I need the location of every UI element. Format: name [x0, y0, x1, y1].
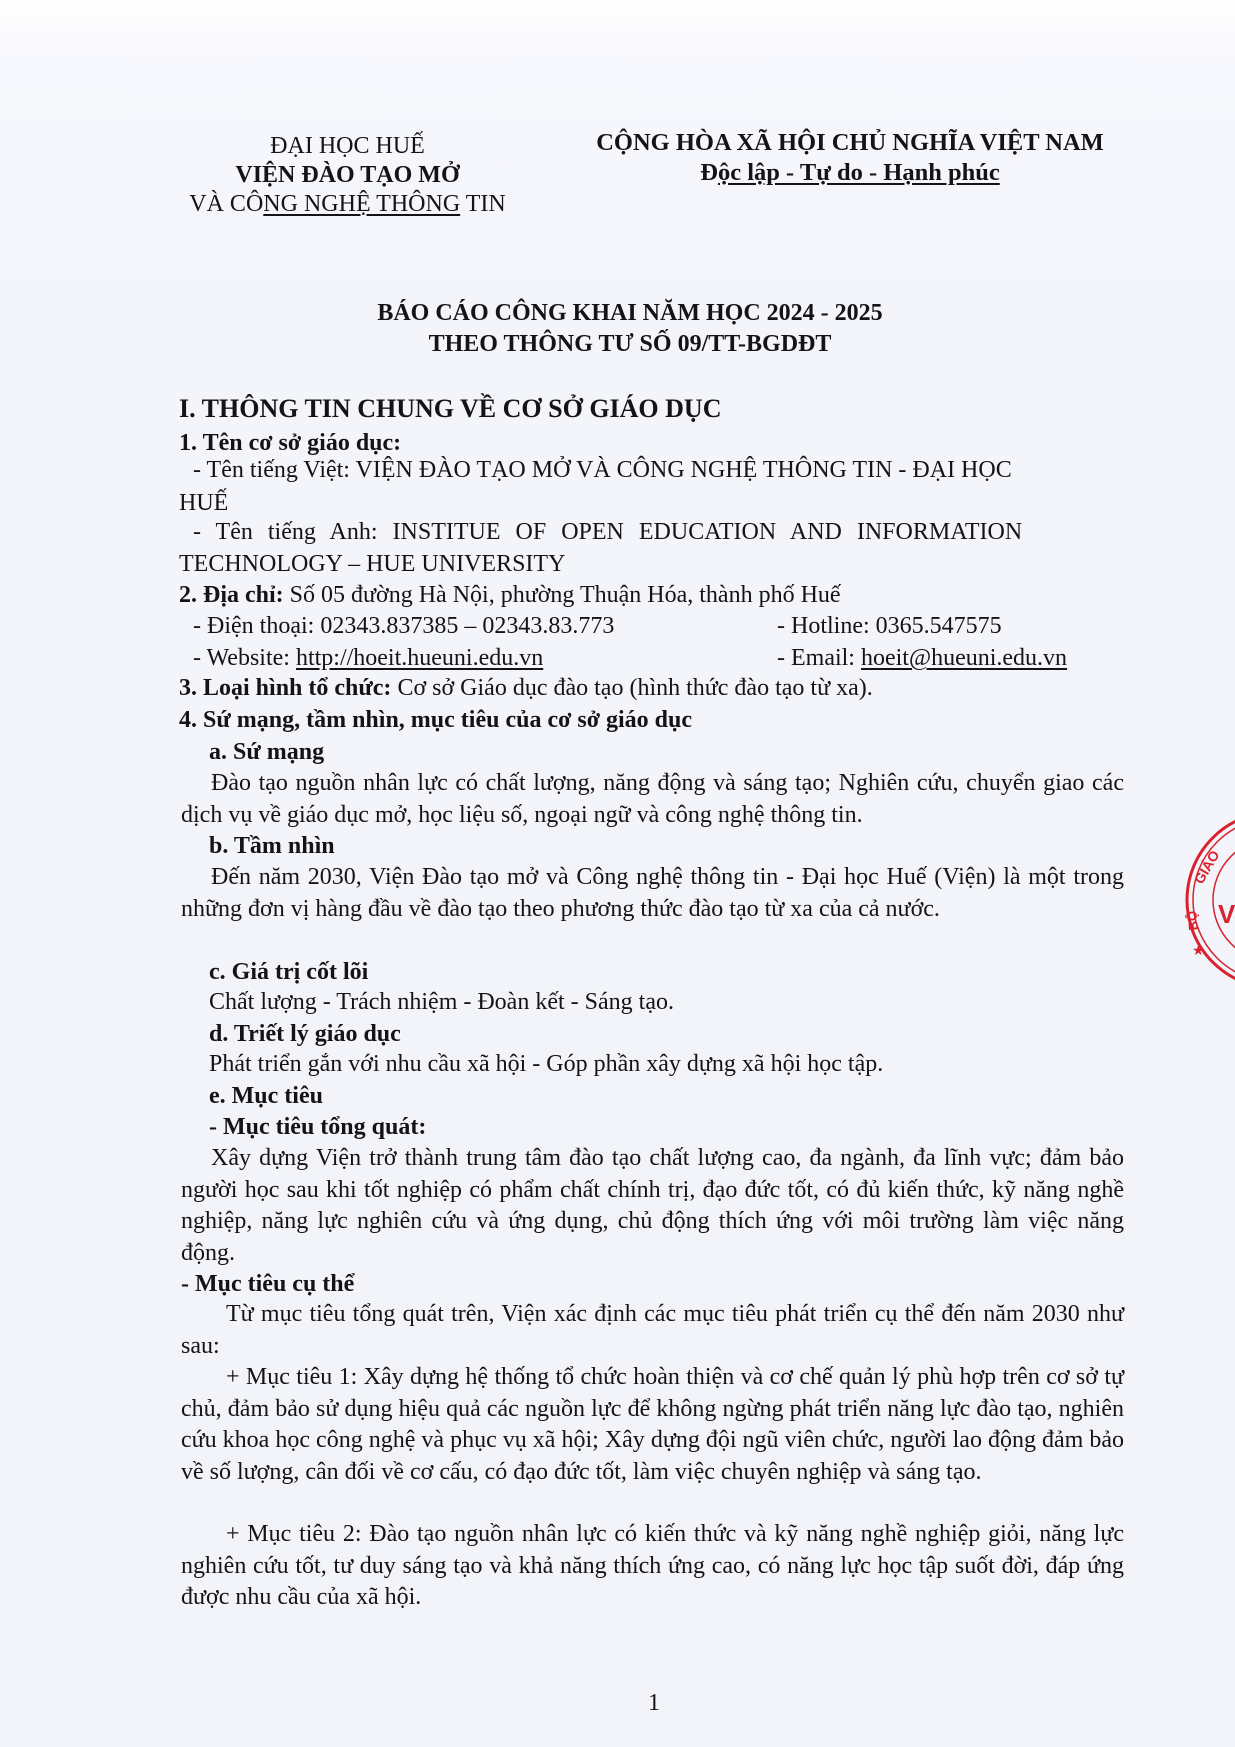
- page-number: 1: [648, 1690, 660, 1717]
- country-name: CỘNG HÒA XÃ HỘI CHỦ NGHĨA VIỆT NAM: [560, 128, 1140, 158]
- specific-objective-heading: - Mục tiêu cụ thể: [181, 1269, 354, 1301]
- vision-text: Đến năm 2030, Viện Đào tạo mở và Công ng…: [181, 862, 1124, 925]
- national-motto-block: CỘNG HÒA XÃ HỘI CHỦ NGHĨA VIỆT NAM Độc l…: [560, 128, 1140, 188]
- website-link[interactable]: http://hoeit.hueuni.edu.vn: [296, 645, 543, 671]
- phone-line: - Điện thoại: 02343.837385 – 02343.83.77…: [193, 611, 614, 643]
- svg-text:V: V: [1218, 899, 1235, 929]
- issuer-block: ĐẠI HỌC HUẾ VIỆN ĐÀO TẠO MỞ VÀ CÔNG NGHỆ…: [150, 132, 545, 219]
- issuer-name: VIỆN ĐÀO TẠO MỞ: [150, 161, 545, 190]
- philosophy-heading: d. Triết lý giáo dục: [209, 1019, 401, 1051]
- official-seal-icon: GIÁO BỘ ★ V: [1180, 805, 1235, 995]
- specific-objective-intro: Từ mục tiêu tổng quát trên, Viện xác địn…: [181, 1299, 1124, 1362]
- goal-1: + Mục tiêu 1: Xây dựng hệ thống tổ chức …: [181, 1362, 1124, 1488]
- item3: 3. Loại hình tổ chức: Cơ sở Giáo dục đào…: [179, 673, 873, 705]
- en-name-line2: TECHNOLOGY – HUE UNIVERSITY: [179, 549, 565, 581]
- vi-name-line1: - Tên tiếng Việt: VIỆN ĐÀO TẠO MỞ VÀ CÔN…: [193, 455, 1123, 487]
- mission-heading: a. Sứ mạng: [209, 737, 324, 769]
- item4-heading: 4. Sứ mạng, tầm nhìn, mục tiêu của cơ sở…: [179, 705, 692, 737]
- svg-text:★: ★: [1192, 943, 1205, 959]
- vi-name-line2: HUẾ: [179, 488, 228, 520]
- issuer-name-2: VÀ CÔNG NGHỆ THÔNG TIN: [150, 190, 545, 219]
- section-heading: I. THÔNG TIN CHUNG VỀ CƠ SỞ GIÁO DỤC: [179, 394, 721, 424]
- vision-heading: b. Tầm nhìn: [209, 831, 335, 863]
- svg-text:BỘ: BỘ: [1184, 910, 1201, 931]
- document-page: ĐẠI HỌC HUẾ VIỆN ĐÀO TẠO MỞ VÀ CÔNG NGHỆ…: [0, 0, 1235, 1747]
- core-values-heading: c. Giá trị cốt lõi: [209, 957, 368, 989]
- hotline-line: - Hotline: 0365.547575: [777, 611, 1002, 643]
- item2-address: 2. Địa chỉ: Số 05 đường Hà Nội, phường T…: [179, 580, 841, 612]
- objectives-heading: e. Mục tiêu: [209, 1081, 323, 1113]
- en-name-line1: - Tên tiếng Anh: INSTITUE OF OPEN EDUCAT…: [193, 517, 1022, 549]
- goal-2: + Mục tiêu 2: Đào tạo nguồn nhân lực có …: [181, 1519, 1124, 1614]
- general-objective-text: Xây dựng Viện trở thành trung tâm đào tạ…: [181, 1143, 1124, 1269]
- email-link[interactable]: hoeit@hueuni.edu.vn: [861, 645, 1067, 671]
- philosophy-text: Phát triển gắn với nhu cầu xã hội - Góp …: [209, 1049, 883, 1081]
- report-subtitle: THEO THÔNG TƯ SỐ 09/TT-BGDĐT: [200, 331, 1060, 358]
- report-title: BÁO CÁO CÔNG KHAI NĂM HỌC 2024 - 2025: [200, 300, 1060, 327]
- issuer-parent: ĐẠI HỌC HUẾ: [150, 132, 545, 161]
- website-line: - Website: http://hoeit.hueuni.edu.vn: [193, 643, 543, 675]
- core-values-text: Chất lượng - Trách nhiệm - Đoàn kết - Sá…: [209, 987, 674, 1019]
- motto: Độc lập - Tự do - Hạnh phúc: [560, 158, 1140, 188]
- general-objective-heading: - Mục tiêu tổng quát:: [209, 1112, 426, 1144]
- svg-text:GIÁO: GIÁO: [1191, 847, 1223, 886]
- email-line: - Email: hoeit@hueuni.edu.vn: [777, 643, 1067, 675]
- mission-text: Đào tạo nguồn nhân lực có chất lượng, nă…: [181, 768, 1124, 831]
